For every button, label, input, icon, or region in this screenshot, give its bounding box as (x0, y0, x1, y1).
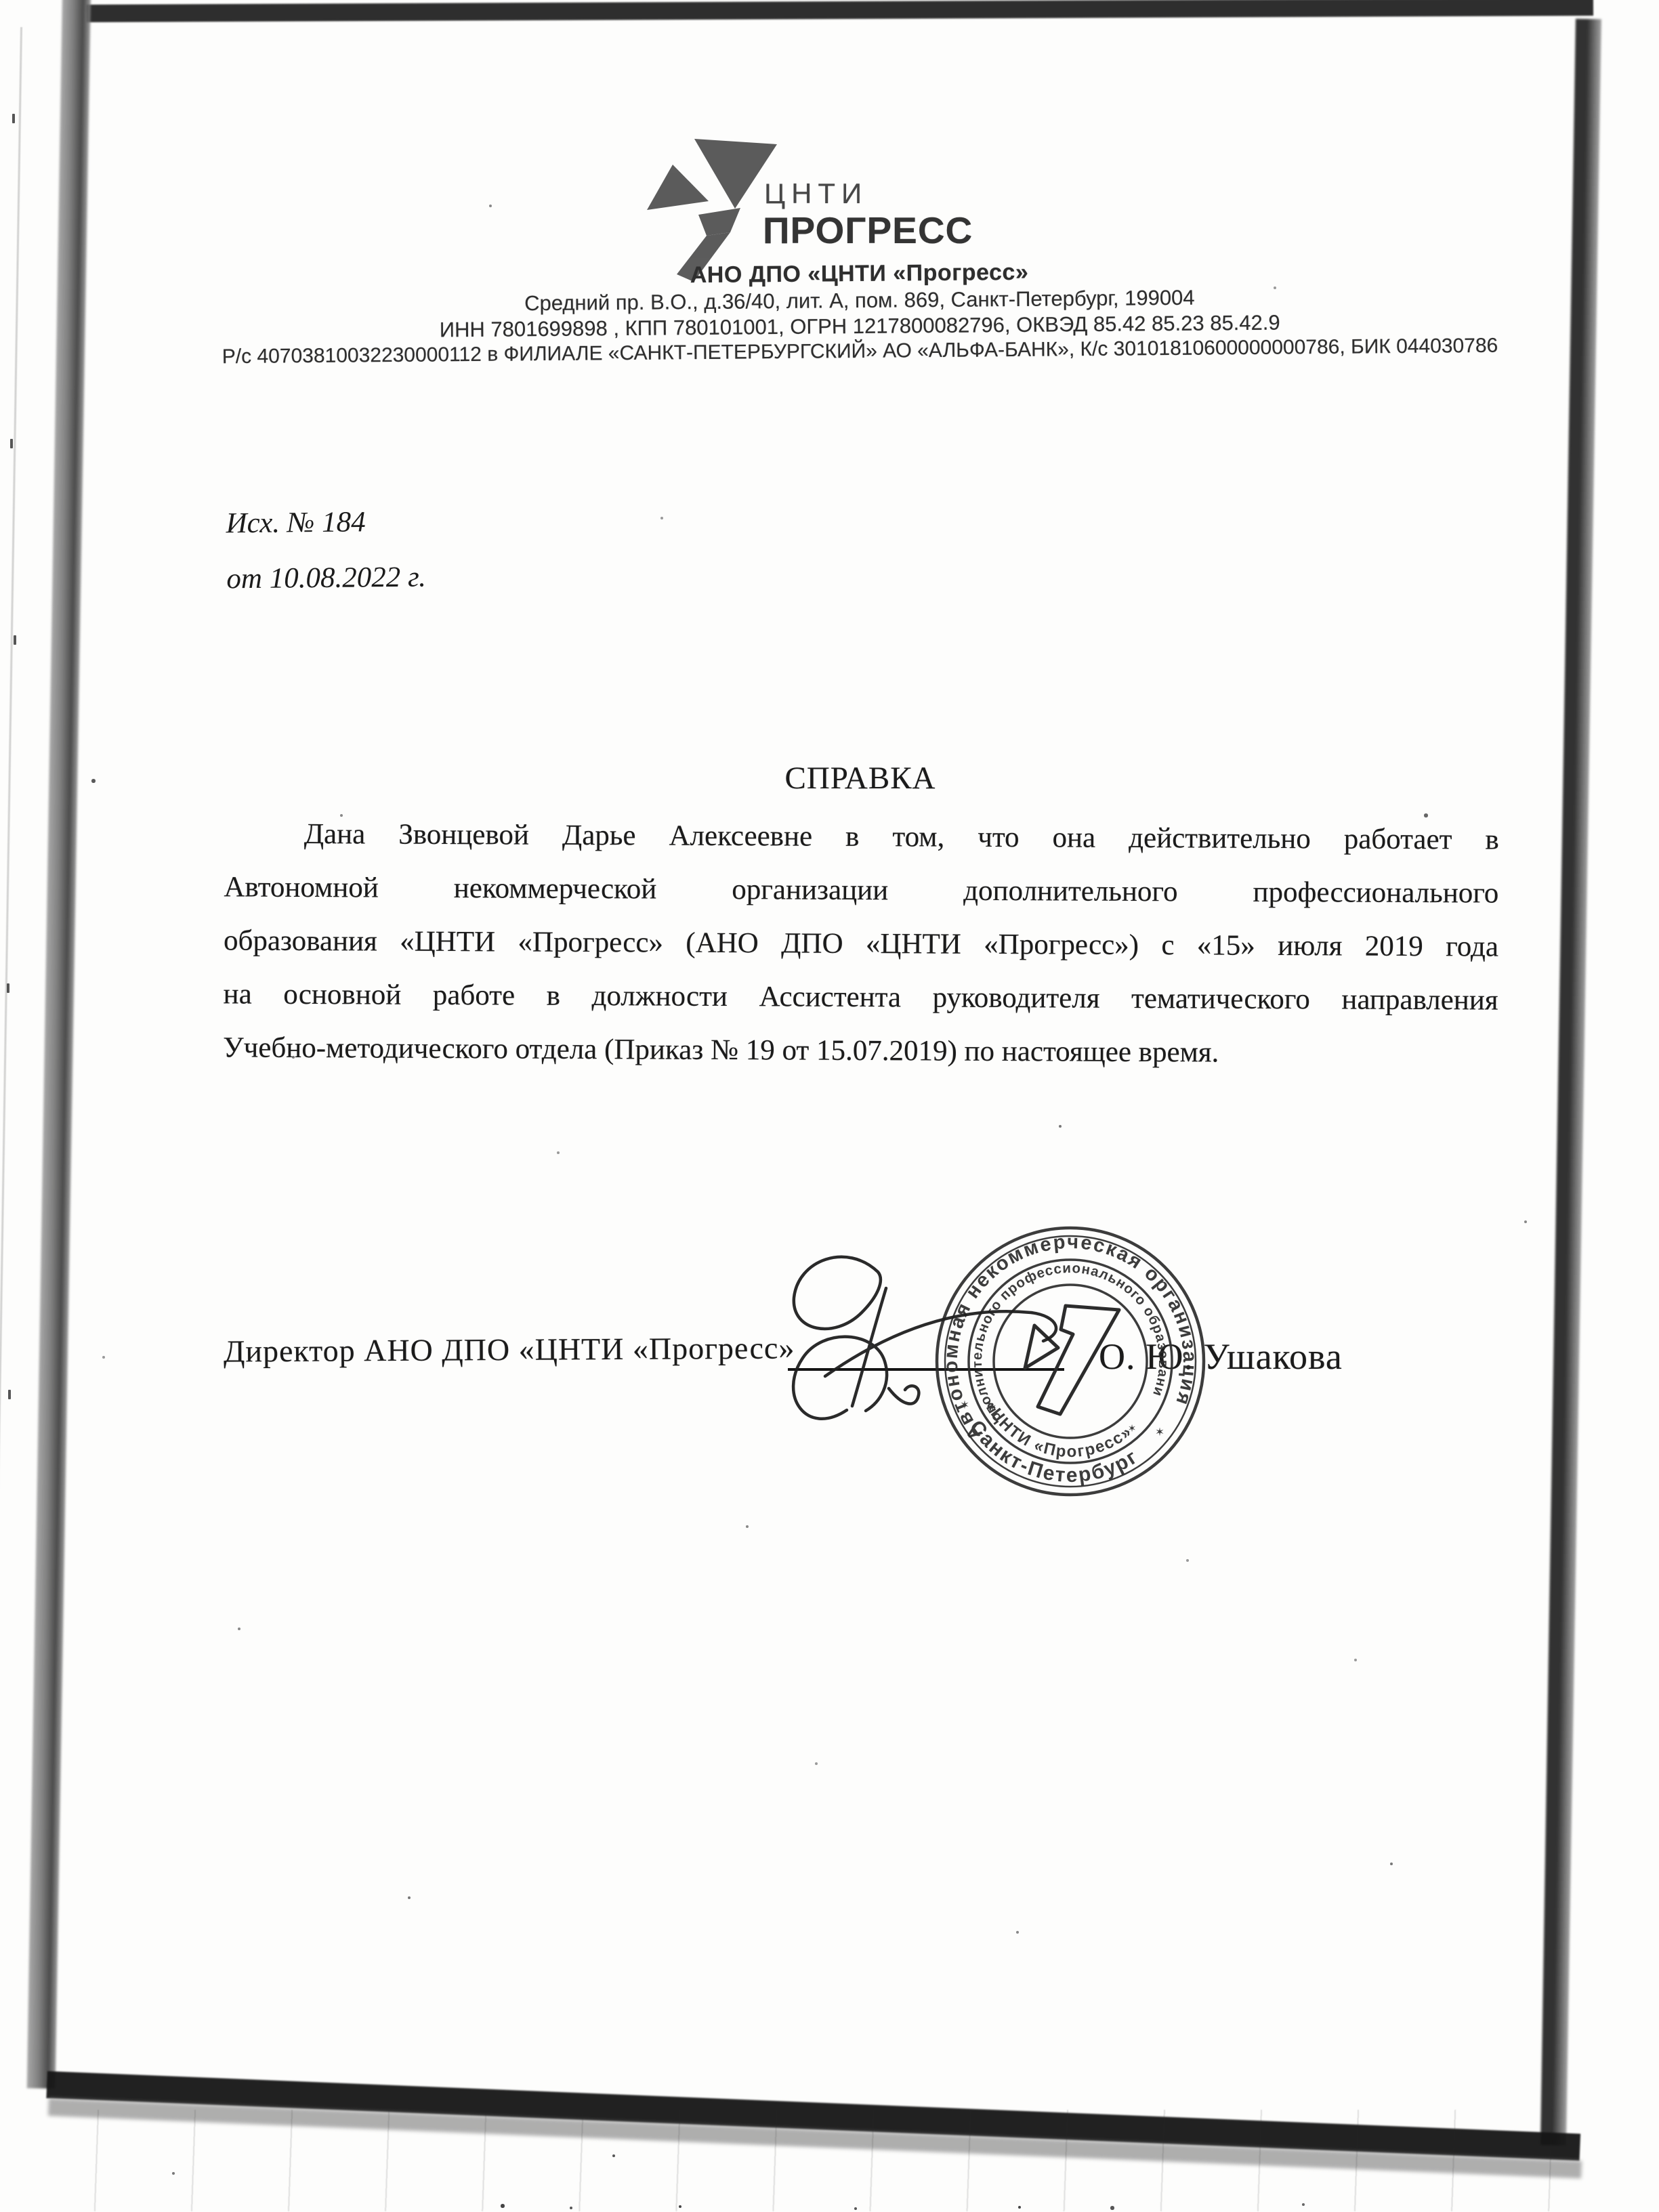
scan-speckles (0, 0, 1, 1)
document-title: СПРАВКА (224, 760, 1497, 796)
reference-number: Исх. № 184 (226, 503, 700, 540)
body-line: на основной работе в должности Ассистент… (223, 967, 1498, 1027)
body-line: Автономной некоммерческой организации до… (224, 860, 1498, 920)
reference-date: от 10.08.2022 г. (226, 558, 700, 596)
scanned-document-page: ЦНТИ ПРОГРЕСС АНО ДПО «ЦНТИ «Прогресс» С… (0, 0, 1659, 2212)
scan-dash (14, 635, 16, 645)
logo-text-cnti: ЦНТИ (764, 177, 868, 210)
scan-edge-top (87, 0, 1593, 22)
signer-position-label: Директор АНО ДПО «ЦНТИ «Прогресс» (224, 1330, 795, 1369)
scan-dash (7, 983, 9, 993)
body-line: образования «ЦНТИ «Прогресс» (АНО ДПО «Ц… (224, 914, 1498, 973)
reference-block: Исх. № 184 от 10.08.2022 г. (226, 503, 700, 596)
body-line: Дана Звонцевой Дарье Алексеевне в том, ч… (224, 807, 1499, 866)
logo-text-progress: ПРОГРЕСС (763, 209, 973, 252)
handwritten-signature (745, 1233, 1111, 1436)
stamp-star-icon: ✶ (1155, 1426, 1164, 1439)
stamp-star-icon: ✶ (1128, 1423, 1137, 1434)
scan-dash (8, 1390, 11, 1399)
body-paragraph: Дана Звонцевой Дарье Алексеевне в том, ч… (223, 807, 1499, 1080)
scan-dash (10, 439, 13, 448)
scan-dash (12, 114, 15, 123)
body-line: Учебно-методического отдела (Приказ № 19… (223, 1021, 1498, 1080)
scan-streaks (54, 2110, 1572, 2211)
scan-line-left (0, 27, 22, 2072)
